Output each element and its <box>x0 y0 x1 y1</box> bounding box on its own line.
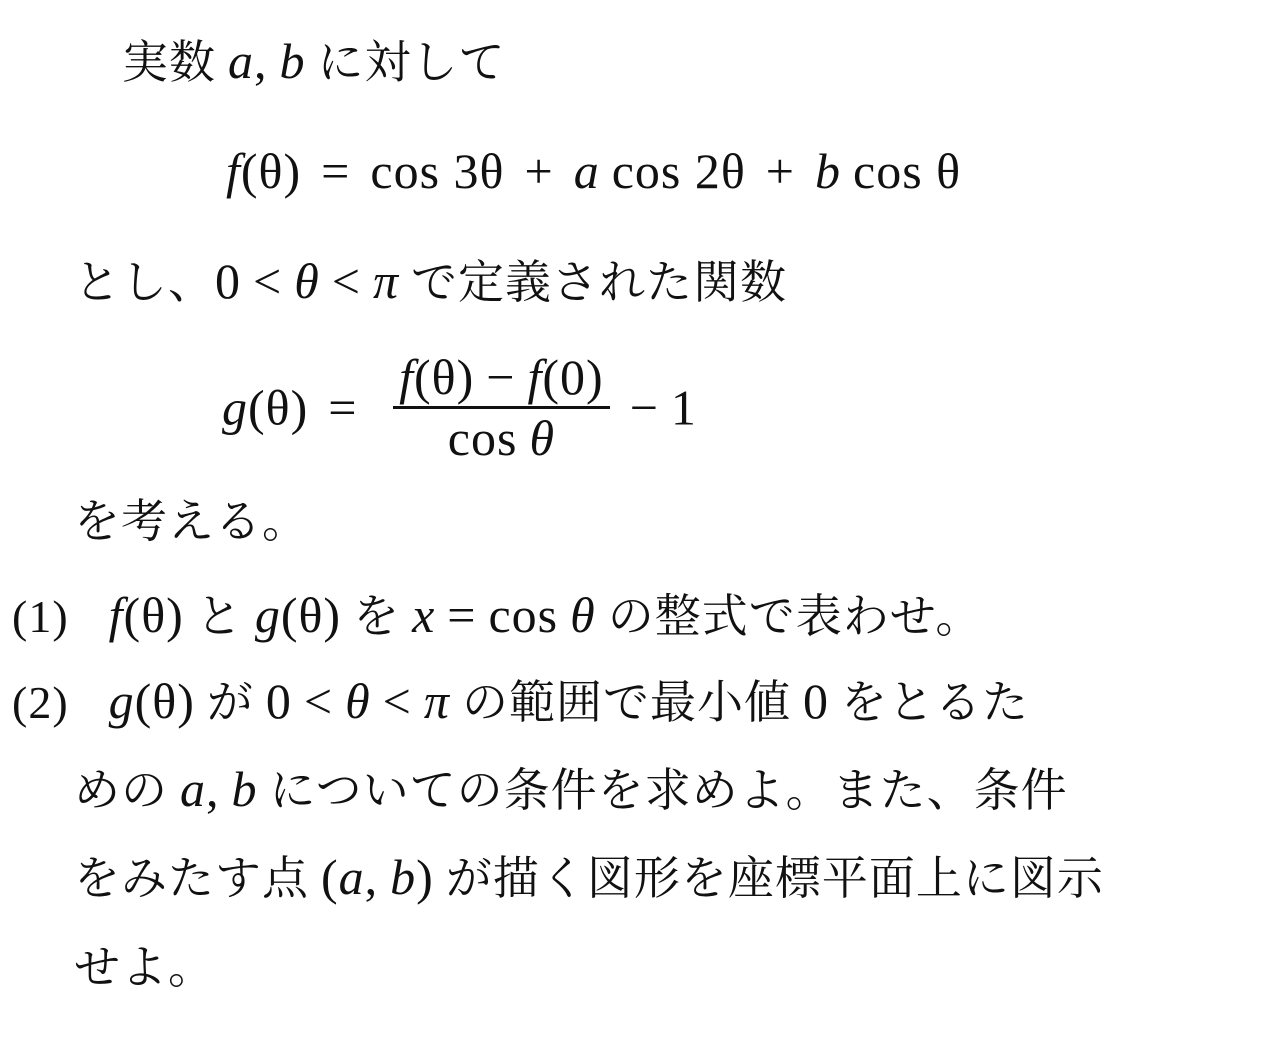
fraction-denominator: cosθ <box>393 409 610 463</box>
point-a: a <box>339 849 365 905</box>
domain-line: とし、0<θ<πで定義された関数 <box>74 256 787 306</box>
question-label: (1) <box>12 591 69 642</box>
particle-wo: を <box>353 589 400 643</box>
costheta-term: cos θ <box>853 143 961 199</box>
question-2-line-4: せよ。 <box>74 944 215 990</box>
particle-ga: が <box>207 675 254 729</box>
q2-line1-end: をとるた <box>841 675 1029 729</box>
f-symbol: f <box>527 349 542 405</box>
q1-suffix: の整式で表わせ。 <box>608 589 983 643</box>
less-than: < <box>253 253 282 309</box>
comma: , <box>365 849 379 905</box>
domain-suffix: で定義された関数 <box>411 255 787 309</box>
g-argument: (θ) <box>248 380 308 436</box>
theta: θ <box>570 587 596 643</box>
question-1: (1)f(θ)とg(θ)をx=cosθの整式で表わせ。 <box>12 590 982 640</box>
f-zero-argument: (0) <box>542 349 603 405</box>
intro-suffix: に対して <box>318 35 506 89</box>
equals-sign: = <box>321 143 350 199</box>
plus-sign: + <box>766 143 795 199</box>
equals-sign: = <box>447 587 476 643</box>
g-symbol: g <box>222 380 248 436</box>
theta: θ <box>345 673 371 729</box>
domain-prefix: とし、 <box>74 255 215 309</box>
f-symbol: f <box>109 587 124 643</box>
conj-to: と <box>196 589 243 643</box>
var-x: x <box>412 587 435 643</box>
cos: cos <box>448 410 518 466</box>
consider-line: を考える。 <box>74 498 309 544</box>
f-argument: (θ) <box>414 349 474 405</box>
pi: π <box>424 673 450 729</box>
comma: , <box>206 761 220 817</box>
g-symbol: g <box>255 587 281 643</box>
f-argument: (θ) <box>241 143 301 199</box>
intro-line: 実数a,bに対して <box>122 36 506 86</box>
less-than: < <box>332 253 361 309</box>
f-symbol: f <box>399 349 414 405</box>
one: 1 <box>671 380 697 436</box>
fraction-numerator: f(θ)−f(0) <box>393 352 610 409</box>
min-value: 0 <box>803 673 829 729</box>
q2-line3-end: が描く図形を座標平面上に図示 <box>446 851 1104 905</box>
var-a: a <box>228 33 254 89</box>
equals-sign: = <box>328 380 357 436</box>
minus-sign: − <box>486 349 515 405</box>
q2-line3-start: をみたす点 <box>74 851 309 905</box>
theta: θ <box>529 410 555 466</box>
var-b: b <box>232 761 258 817</box>
var-b: b <box>280 33 306 89</box>
question-label: (2) <box>12 677 69 728</box>
coef-b: b <box>815 143 841 199</box>
question-2-line-2: めのa,bについての条件を求めよ。また、条件 <box>74 764 1068 814</box>
pi: π <box>373 253 399 309</box>
equation-f: f(θ)=cos 3θ+acos 2θ+bcos θ <box>226 146 961 196</box>
intro-prefix: 実数 <box>122 35 216 89</box>
fraction: f(θ)−f(0) cosθ <box>393 352 610 463</box>
cos2theta-term: cos 2θ <box>612 143 746 199</box>
cos3theta-term: cos 3θ <box>370 143 504 199</box>
coef-a: a <box>574 143 600 199</box>
q2-range-text: の範囲で最小値 <box>462 675 791 729</box>
f-argument: (θ) <box>124 587 184 643</box>
comma: , <box>254 33 268 89</box>
less-than: < <box>304 673 333 729</box>
q2-line2-end: についての条件を求めよ。また、条件 <box>270 763 1068 817</box>
question-2-line-1: (2)g(θ)が0<θ<πの範囲で最小値0をとるた <box>12 676 1029 726</box>
g-symbol: g <box>109 673 135 729</box>
var-a: a <box>180 761 206 817</box>
point-b: b <box>390 849 416 905</box>
equation-g: g(θ)= f(θ)−f(0) cosθ −1 <box>222 352 697 463</box>
theta: θ <box>294 253 320 309</box>
plus-sign: + <box>524 143 553 199</box>
zero: 0 <box>215 253 241 309</box>
less-than: < <box>383 673 412 729</box>
q2-line2-start: めの <box>74 763 168 817</box>
question-2-line-3: をみたす点(a,b)が描く図形を座標平面上に図示 <box>74 852 1104 902</box>
paren-open: ( <box>321 849 339 905</box>
zero: 0 <box>266 673 292 729</box>
minus-sign: − <box>630 380 659 436</box>
g-argument: (θ) <box>135 673 195 729</box>
g-argument: (θ) <box>281 587 341 643</box>
paren-close: ) <box>416 849 434 905</box>
cos: cos <box>488 587 558 643</box>
f-symbol: f <box>226 143 241 199</box>
